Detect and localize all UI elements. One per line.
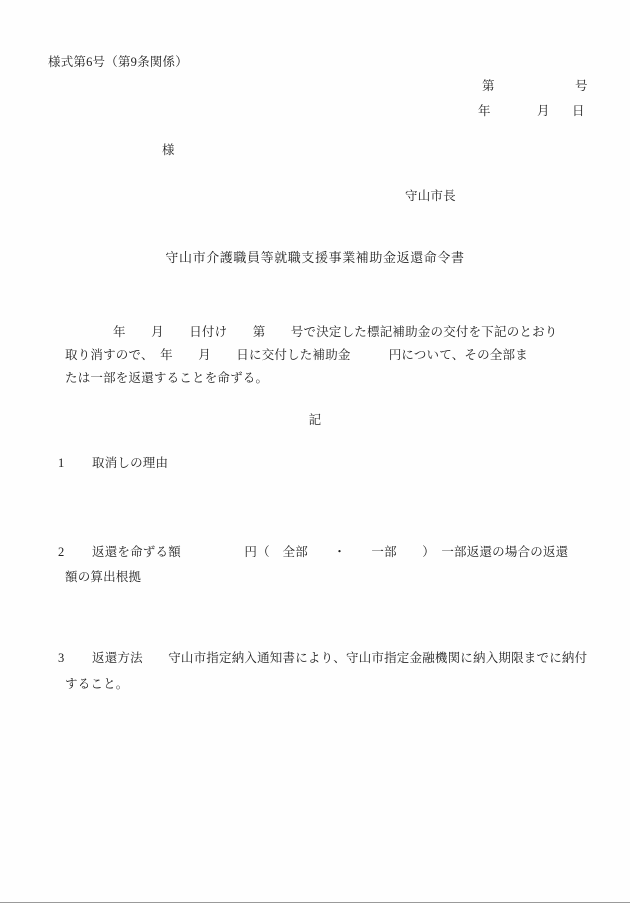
doc-number-suffix: 号 <box>575 79 588 94</box>
sender-name: 守山市長 <box>405 189 456 204</box>
date-year-label: 年 <box>478 104 491 119</box>
item-2-text-line-2: 額の算出根拠 <box>65 570 141 585</box>
document-page: 様式第6号（第9条関係） 第 号 年 月 日 様 守山市長 守山市介護職員等就職… <box>0 0 630 903</box>
document-title: 守山市介護職員等就職支援事業補助金返還命令書 <box>0 250 630 266</box>
doc-number-prefix: 第 <box>482 79 495 94</box>
item-3: 3返還方法 守山市指定納入通知書により、守山市指定金融機関に納入期限までに納付 <box>58 651 587 666</box>
body-paragraph-line-3: たは一部を返還することを命ずる。 <box>65 371 268 386</box>
item-1-text: 取消しの理由 <box>92 456 168 470</box>
body-paragraph-line-1: 年 月 日付け 第 号で決定した標記補助金の交付を下記のとおり <box>113 325 558 340</box>
item-1: 1取消しの理由 <box>58 456 168 471</box>
item-3-text-line-2: すること。 <box>65 677 129 692</box>
record-marker: 記 <box>0 413 630 428</box>
item-1-number: 1 <box>58 456 92 471</box>
date-day-label: 日 <box>572 104 585 119</box>
body-paragraph-line-2: 取り消すので、 年 月 日に交付した補助金 円について、その全部ま <box>65 348 528 363</box>
item-2-number: 2 <box>58 545 92 560</box>
item-2-text-line-1: 返還を命ずる額 円（ 全部 ・ 一部 ） 一部返還の場合の返還 <box>92 545 568 559</box>
item-3-text-line-1: 返還方法 守山市指定納入通知書により、守山市指定金融機関に納入期限までに納付 <box>92 651 587 665</box>
item-2: 2返還を命ずる額 円（ 全部 ・ 一部 ） 一部返還の場合の返還 <box>58 545 568 560</box>
form-label: 様式第6号（第9条関係） <box>48 55 188 70</box>
addressee-honorific: 様 <box>162 143 175 158</box>
item-3-number: 3 <box>58 651 92 666</box>
date-month-label: 月 <box>537 104 550 119</box>
